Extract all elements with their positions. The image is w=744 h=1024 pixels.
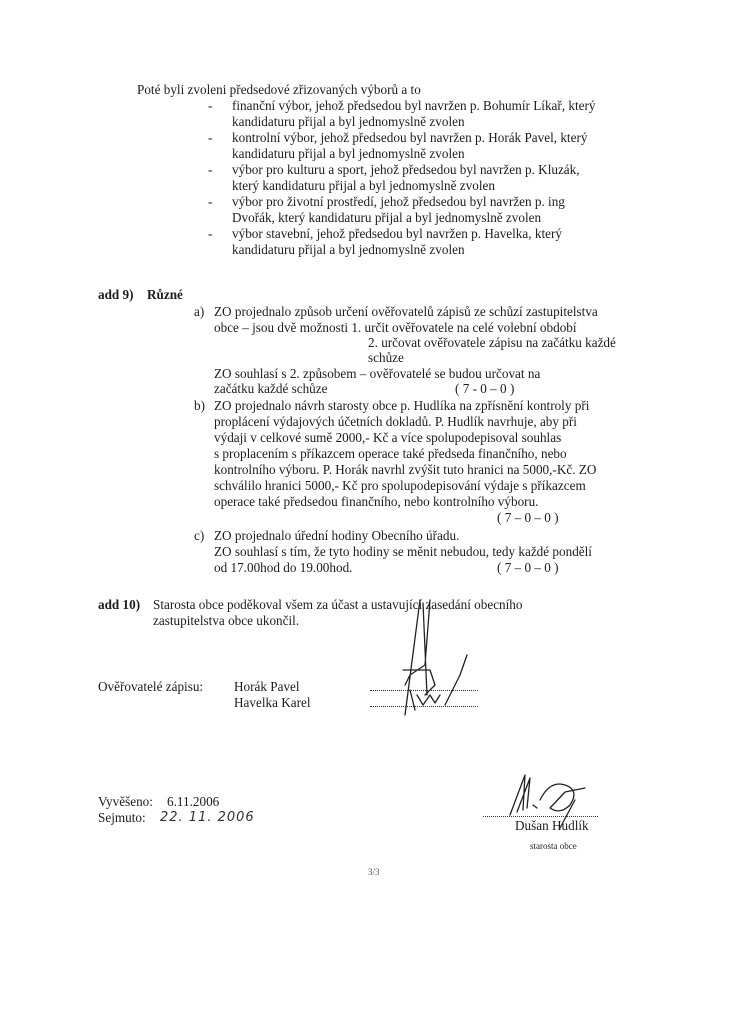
item-b-line: výdaji v celkové sumě 2000,- Kč a více s… (214, 430, 561, 446)
item-b-line: proplácení výdajových účetních dokladů. … (214, 414, 577, 430)
bullet-dash: - (208, 226, 212, 242)
page-number: 3/3 (368, 864, 380, 880)
vote-result-c: ( 7 – 0 – 0 ) (497, 560, 559, 576)
item-b-line: operace také předsedou finančního, nebo … (214, 494, 538, 510)
item-a-line: obce – jsou dvě možnosti 1. určit ověřov… (214, 320, 577, 336)
bullet-dash: - (208, 98, 212, 114)
item-a-line: začátku každé schůze (214, 381, 328, 397)
vote-result-b: ( 7 – 0 – 0 ) (497, 510, 559, 526)
committee-item-line: který kandidaturu přijal a byl jednomysl… (232, 178, 495, 194)
mayor-title: starosta obce (530, 838, 577, 854)
verifier-signature (375, 595, 475, 725)
item-b-line: schválilo hranici 5000,- Kč pro spolupod… (214, 478, 586, 494)
committee-item-line: výbor pro kulturu a sport, jehož předsed… (232, 162, 580, 178)
item-a-line: ZO projednalo způsob určení ověřovatelů … (214, 304, 598, 320)
committee-item-line: Dvořák, který kandidaturu přijal a byl j… (232, 210, 541, 226)
item-c-line: ZO projednalo úřední hodiny Obecního úřa… (214, 528, 459, 544)
committee-item-line: kontrolní výbor, jehož předsedou byl nav… (232, 130, 587, 146)
removed-date-handwritten: 22. 11. 2006 (160, 810, 255, 826)
committee-item-line: výbor stavební, jehož předsedou byl navr… (232, 226, 562, 242)
verifier-name: Havelka Karel (234, 695, 311, 711)
committee-item-line: kandidaturu přijal a byl jednomyslně zvo… (232, 114, 465, 130)
item-c-line: od 17.00hod do 19.00hod. (214, 560, 352, 576)
committees-intro: Poté byli zvoleni předsedové zřizovaných… (137, 82, 421, 98)
bullet-dash: - (208, 194, 212, 210)
item-a-line: schůze (368, 350, 404, 366)
add10-line: zastupitelstva obce ukončil. (153, 613, 299, 629)
item-a-line: 2. určovat ověřovatele zápisu na začátku… (368, 335, 616, 351)
item-marker-a: a) (194, 304, 204, 320)
verifiers-label: Ověřovatelé zápisu: (98, 679, 203, 695)
committee-item-line: kandidaturu přijal a byl jednomyslně zvo… (232, 242, 465, 258)
posted-label: Vyvěšeno: (98, 794, 153, 810)
section-label-add10: add 10) (98, 597, 140, 613)
item-b-line: ZO projednalo návrh starosty obce p. Hud… (214, 398, 589, 414)
item-a-line: ZO souhlasí s 2. způsobem – ověřovatelé … (214, 366, 540, 382)
removed-label: Sejmuto: (98, 810, 146, 826)
posted-date: 6.11.2006 (167, 794, 219, 810)
item-marker-c: c) (194, 528, 204, 544)
mayor-signature-line (483, 816, 598, 817)
committee-item-line: kandidaturu přijal a byl jednomyslně zvo… (232, 146, 465, 162)
item-c-line: ZO souhlasí s tím, že tyto hodiny se měn… (214, 544, 592, 560)
verifier-name: Horák Pavel (234, 679, 300, 695)
committee-item-line: finanční výbor, jehož předsedou byl navr… (232, 98, 596, 114)
item-b-line: s proplacením s příkazcem operace také p… (214, 446, 567, 462)
section-label-add9: add 9) (98, 287, 134, 303)
mayor-name: Dušan Hudlík (515, 818, 589, 834)
item-marker-b: b) (194, 398, 205, 414)
bullet-dash: - (208, 162, 212, 178)
item-b-line: kontrolního výboru. P. Horák navrhl zvýš… (214, 462, 596, 478)
committee-item-line: výbor pro životní prostředí, jehož předs… (232, 194, 565, 210)
bullet-dash: - (208, 130, 212, 146)
section-title-add9: Různé (147, 287, 183, 303)
vote-result-a: ( 7 - 0 – 0 ) (455, 381, 514, 397)
